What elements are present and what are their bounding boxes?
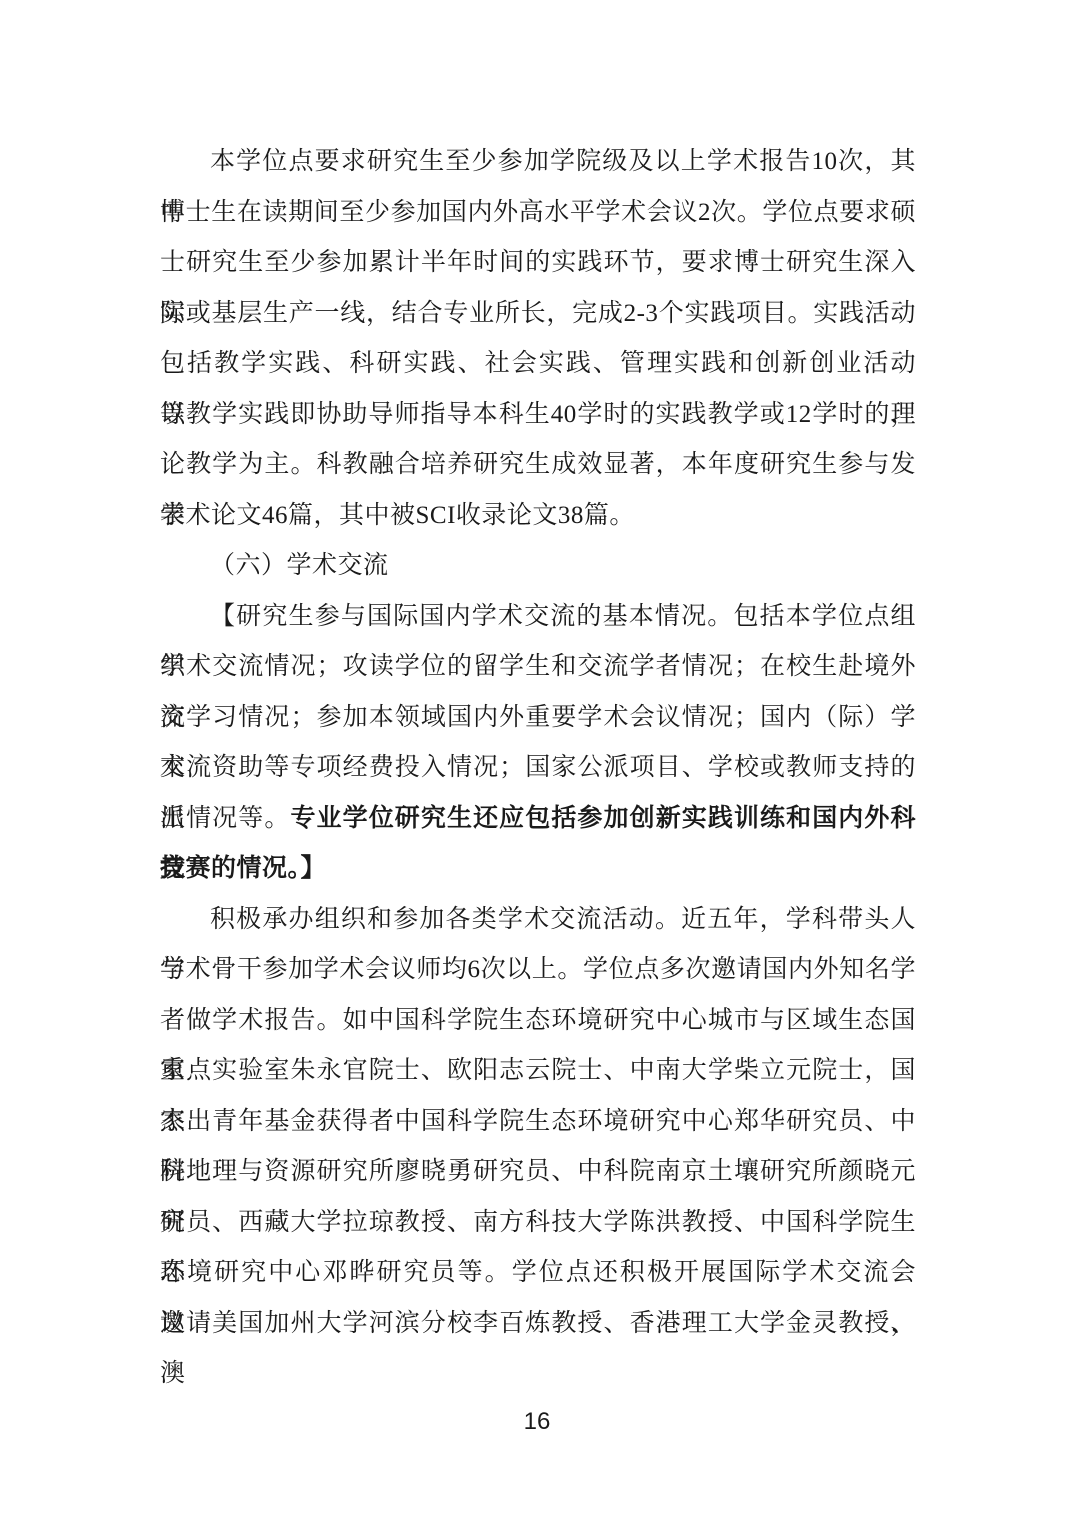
text-block: 本学位点要求研究生至少参加学院级及以上学术报告10次，其中 博士生在读期间至少参… <box>160 137 916 1349</box>
body-line: 士研究生至少参加累计半年时间的实践环节，要求博士研究生深入实 <box>160 238 916 289</box>
guideline-note-line: 流学习情况；参加本领域国内外重要学术会议情况；国内（际）学术 <box>160 693 916 744</box>
guideline-note-line: 竞赛的情况。】 <box>160 844 916 895</box>
guideline-note-line: 【研究生参与国际国内学术交流的基本情况。包括本学位点组织 <box>160 592 916 643</box>
body-line: 者做学术报告。如中国科学院生态环境研究中心城市与区域生态国家 <box>160 996 916 1047</box>
body-line: 包括教学实践、科研实践、社会实践、管理实践和创新创业活动等， <box>160 339 916 390</box>
body-line: 杰出青年基金获得者中国科学院生态环境研究中心郑华研究员、中科 <box>160 1097 916 1148</box>
body-line: 邀请美国加州大学河滨分校李百炼教授、香港理工大学金灵教授、澳 <box>160 1299 916 1350</box>
guideline-note-line: 交流资助等专项经费投入情况；国家公派项目、学校或教师支持的派 <box>160 743 916 794</box>
guideline-note-line: 出情况等。专业学位研究生还应包括参加创新实践训练和国内外科技 <box>160 794 916 845</box>
document-page: 本学位点要求研究生至少参加学院级及以上学术报告10次，其中 博士生在读期间至少参… <box>0 0 1074 1520</box>
page-number: 16 <box>0 1408 1074 1436</box>
section-heading: （六）学术交流 <box>160 541 916 592</box>
body-line: 论教学为主。科教融合培养研究生成效显著，本年度研究生参与发表 <box>160 440 916 491</box>
body-line: 环境研究中心邓晔研究员等。学位点还积极开展国际学术交流会议， <box>160 1248 916 1299</box>
body-line: 博士生在读期间至少参加国内外高水平学术会议2次。学位点要求硕 <box>160 188 916 239</box>
body-line: 本学位点要求研究生至少参加学院级及以上学术报告10次，其中 <box>160 137 916 188</box>
body-line: 究员、西藏大学拉琼教授、南方科技大学陈洪教授、中国科学院生态 <box>160 1198 916 1249</box>
body-line: 积极承办组织和参加各类学术交流活动。近五年，学科带头人与 <box>160 895 916 946</box>
guideline-note-line: 学术交流情况；攻读学位的留学生和交流学者情况；在校生赴境外交 <box>160 642 916 693</box>
body-line: 学术骨干参加学术会议师均6次以上。学位点多次邀请国内外知名学 <box>160 945 916 996</box>
body-line: 重点实验室朱永官院士、欧阳志云院士、中南大学柴立元院士，国家 <box>160 1046 916 1097</box>
guideline-note-regular-segment: 出情况等。 <box>160 805 290 832</box>
body-line: 学术论文46篇，其中被SCI收录论文38篇。 <box>160 491 916 542</box>
body-line: 以教学实践即协助导师指导本科生40学时的实践教学或12学时的理 <box>160 390 916 441</box>
body-line: 际或基层生产一线，结合专业所长，完成2-3个实践项目。实践活动 <box>160 289 916 340</box>
body-line: 院地理与资源研究所廖晓勇研究员、中科院南京土壤研究所颜晓元研 <box>160 1147 916 1198</box>
